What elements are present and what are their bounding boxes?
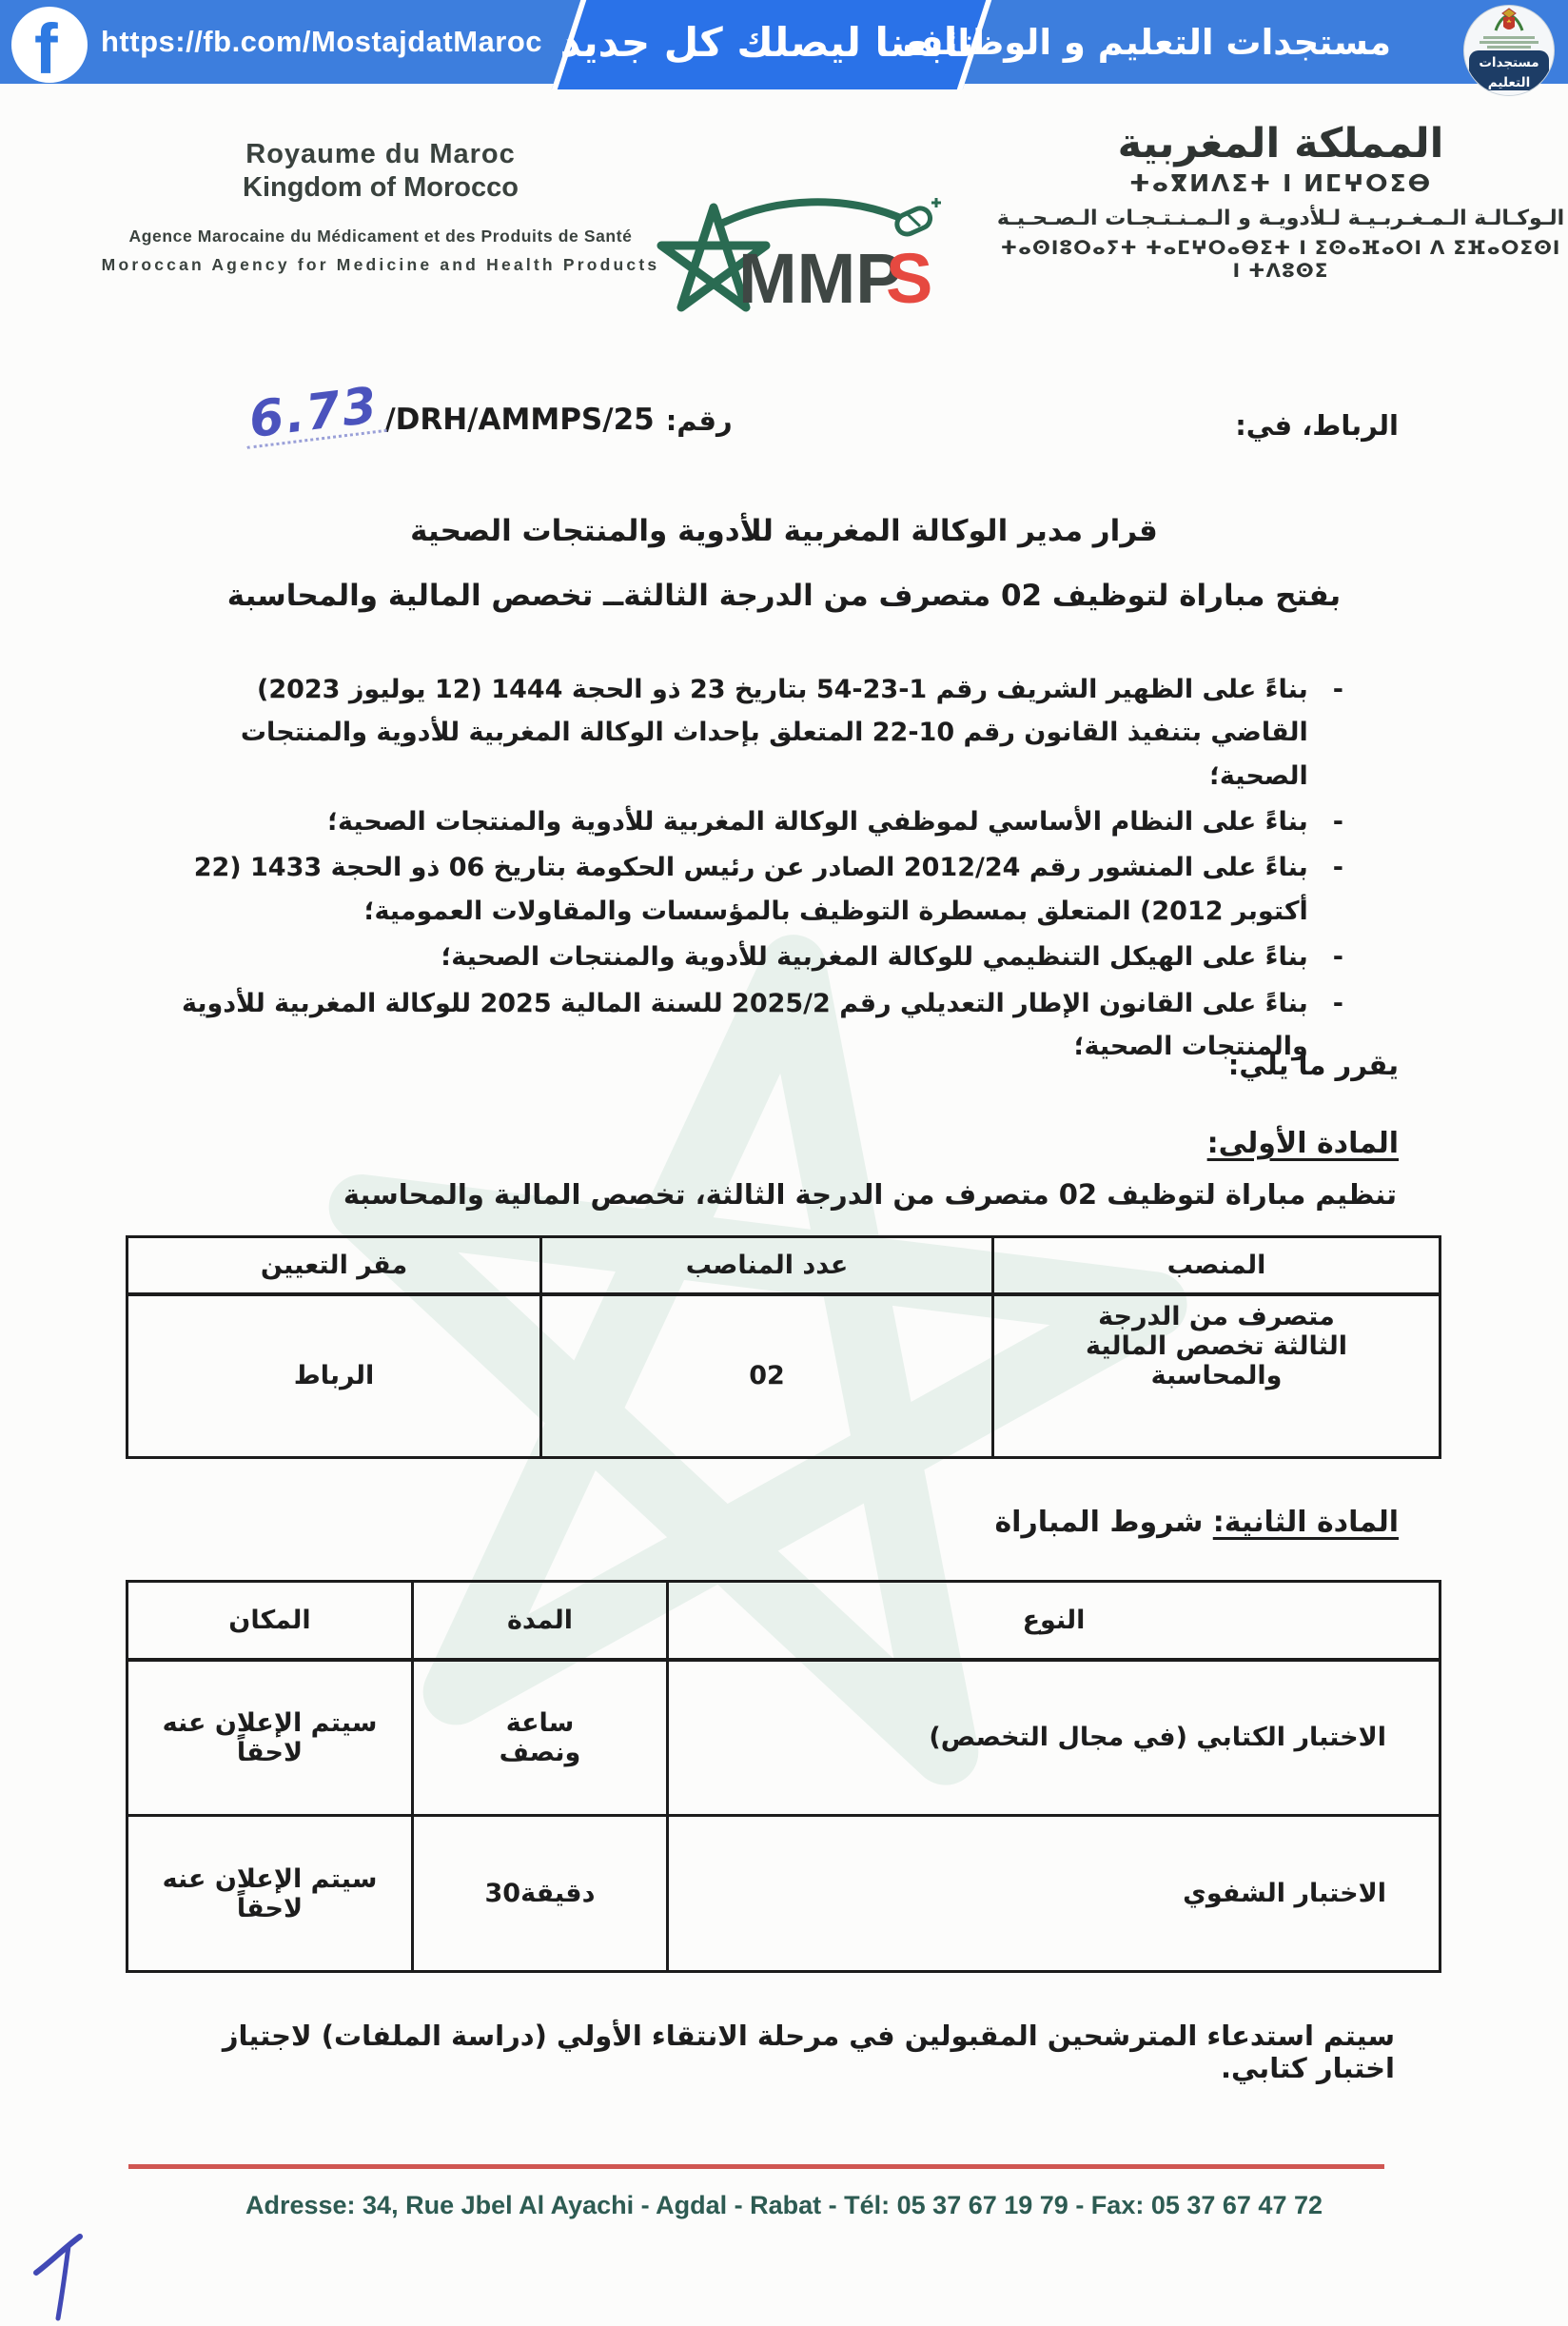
cell-number-of-posts: 02 xyxy=(541,1294,993,1458)
agency-name-fr: Agence Marocaine du Médicament et des Pr… xyxy=(95,227,666,246)
list-item: - بناءً على المنشور رقم 2012/24 الصادر ع… xyxy=(160,846,1343,933)
bullet-dash: - xyxy=(1333,846,1343,933)
logo-text-mmp: MMP xyxy=(738,239,903,318)
logo-text-s: S xyxy=(886,239,932,318)
list-item: - بناءً على القانون الإطار التعديلي رقم … xyxy=(160,982,1343,1069)
letterhead-french: Royaume du Maroc Kingdom of Morocco Agen… xyxy=(95,139,666,275)
kingdom-tifinagh: ⵜⴰⴳⵍⴷⵉⵜ ⵏ ⵍⵎⵖⵔⵉⴱ xyxy=(995,169,1566,197)
royaume-du-maroc: Royaume du Maroc xyxy=(95,139,666,170)
bullet-text: بناءً على القانون الإطار التعديلي رقم 20… xyxy=(160,982,1308,1069)
bullet-text: بناءً على النظام الأساسي لموظفي الوكالة … xyxy=(327,800,1308,843)
letterhead-arabic: المملكة المغربية ⵜⴰⴳⵍⴷⵉⵜ ⵏ ⵍⵎⵖⵔⵉⴱ الـوكـ… xyxy=(995,120,1566,282)
facebook-url: https://fb.com/MostajdatMaroc xyxy=(101,0,542,84)
cell-position: متصرف من الدرجة الثالثة تخصص المالية وال… xyxy=(993,1294,1441,1458)
agency-arabic: الـوكـالـة الـمـغـربـيـة لـلأدويـة و الـ… xyxy=(995,207,1566,230)
bullet-text: بناءً على الهيكل التنظيمي للوكالة المغرب… xyxy=(441,936,1307,978)
list-item: - بناءً على الظهير الشريف رقم 1-23-54 بت… xyxy=(160,668,1343,798)
cell-duration: دقيقة30 xyxy=(413,1816,668,1972)
header-location: المكان xyxy=(127,1582,413,1660)
article2-heading-subtitle: شروط المباراة xyxy=(994,1506,1212,1539)
footer-address: Adresse: 34, Rue Jbel Al Ayachi - Agdal … xyxy=(0,2191,1568,2220)
header-number-of-posts: عدد المناصب xyxy=(541,1237,993,1294)
cell-duration: ساعة ونصف xyxy=(413,1660,668,1816)
article1-text: تنظيم مباراة لتوظيف 02 متصرف من الدرجة ا… xyxy=(343,1178,1397,1211)
number-label: رقم: xyxy=(666,404,733,437)
article1-heading: المادة الأولى: xyxy=(1207,1127,1399,1160)
cell-exam-type: الاختبار الكتابي (في مجال التخصص) xyxy=(668,1660,1441,1816)
cell-location: سيتم الإعلان عنه لاحقاً xyxy=(127,1816,413,1972)
badge-fine-print xyxy=(1464,34,1554,50)
header-position: المنصب xyxy=(993,1237,1441,1294)
table-row: متصرف من الدرجة الثالثة تخصص المالية وال… xyxy=(127,1294,1441,1458)
article2-heading-label: المادة الثانية: xyxy=(1213,1506,1399,1539)
bullet-text: بناءً على المنشور رقم 2012/24 الصادر عن … xyxy=(160,846,1308,933)
agency-name-en: Moroccan Agency for Medicine and Health … xyxy=(95,255,666,275)
cell-location: سيتم الإعلان عنه لاحقاً xyxy=(127,1660,413,1816)
bullet-dash: - xyxy=(1333,668,1343,798)
decision-title-line1: قرار مدير الوكالة المغربية للأدوية والمن… xyxy=(0,514,1568,548)
footer-divider xyxy=(128,2164,1384,2169)
decision-title-line2: بفتح مباراة لتوظيف 02 متصرف من الدرجة ال… xyxy=(0,579,1568,613)
facebook-icon: f xyxy=(11,7,88,83)
bullet-text: بناءً على الظهير الشريف رقم 1-23-54 بتار… xyxy=(160,668,1308,798)
kingdom-arabic: المملكة المغربية xyxy=(995,120,1566,168)
article2-heading: المادة الثانية: شروط المباراة xyxy=(994,1506,1399,1539)
rabat-date-line: الرباط، في: xyxy=(1235,409,1399,442)
table-row: الاختبار الشفوي دقيقة30 سيتم الإعلان عنه… xyxy=(127,1816,1441,1972)
table-row: الاختبار الكتابي (في مجال التخصص) ساعة و… xyxy=(127,1660,1441,1816)
bullet-dash: - xyxy=(1333,936,1343,978)
reference-suffix: /DRH/AMMPS/25 xyxy=(384,403,654,437)
cell-exam-type: الاختبار الشفوي xyxy=(668,1816,1441,1972)
table-header-row: النوع المدة المكان xyxy=(127,1582,1441,1660)
handwritten-pen-mark xyxy=(25,2229,93,2324)
header-assignment-place: مقر التعيين xyxy=(127,1237,541,1294)
facebook-banner: f https://fb.com/MostajdatMaroc تابعنا ل… xyxy=(0,0,1568,84)
kingdom-of-morocco: Kingdom of Morocco xyxy=(95,172,666,204)
positions-table: المنصب عدد المناصب مقر التعيين متصرف من … xyxy=(126,1235,1441,1459)
header-exam-type: النوع xyxy=(668,1582,1441,1660)
closing-note: سيتم استدعاء المترشحين المقبولين في مرحل… xyxy=(143,2020,1395,2084)
table-header-row: المنصب عدد المناصب مقر التعيين xyxy=(127,1237,1441,1294)
badge-title-line2: والوظائف xyxy=(1469,93,1550,96)
cell-assignment-place: الرباط xyxy=(127,1294,541,1458)
reference-number: 6.73 /DRH/AMMPS/25 رقم: xyxy=(244,388,733,441)
badge-title-line1: مستجدات التعليم xyxy=(1469,53,1550,93)
scanned-document-page: f https://fb.com/MostajdatMaroc تابعنا ل… xyxy=(0,0,1568,2326)
agency-tifinagh: ⵜⴰⵙⵏⵓⵔⴰⵢⵜ ⵜⴰⵎⵖⵔⴰⴱⵉⵜ ⵏ ⵉⵙⴰⴼⴰⵔⵏ ⴷ ⵉⴼⴰⵔⵉⵙⵏ … xyxy=(995,236,1566,282)
badge-title: مستجدات التعليم والوظائف xyxy=(1469,50,1550,90)
banner-page-name: مستجدات التعليم و الوظائف xyxy=(903,0,1391,84)
logo-swoosh-icon xyxy=(721,202,898,224)
ammps-logo: MMP S xyxy=(655,181,974,320)
page-logo-badge: مستجدات التعليم والوظائف xyxy=(1463,5,1555,96)
list-item: - بناءً على النظام الأساسي لموظفي الوكال… xyxy=(160,800,1343,843)
exam-conditions-table: النوع المدة المكان الاختبار الكتابي (في … xyxy=(126,1580,1441,1973)
header-duration: المدة xyxy=(413,1582,668,1660)
preamble-bullets: - بناءً على الظهير الشريف رقم 1-23-54 بت… xyxy=(160,668,1343,1071)
decision-intro: يقرر ما يلي: xyxy=(1228,1049,1399,1081)
list-item: - بناءً على الهيكل التنظيمي للوكالة المغ… xyxy=(160,936,1343,978)
bullet-dash: - xyxy=(1333,800,1343,843)
handwritten-number: 6.73 xyxy=(241,380,387,449)
